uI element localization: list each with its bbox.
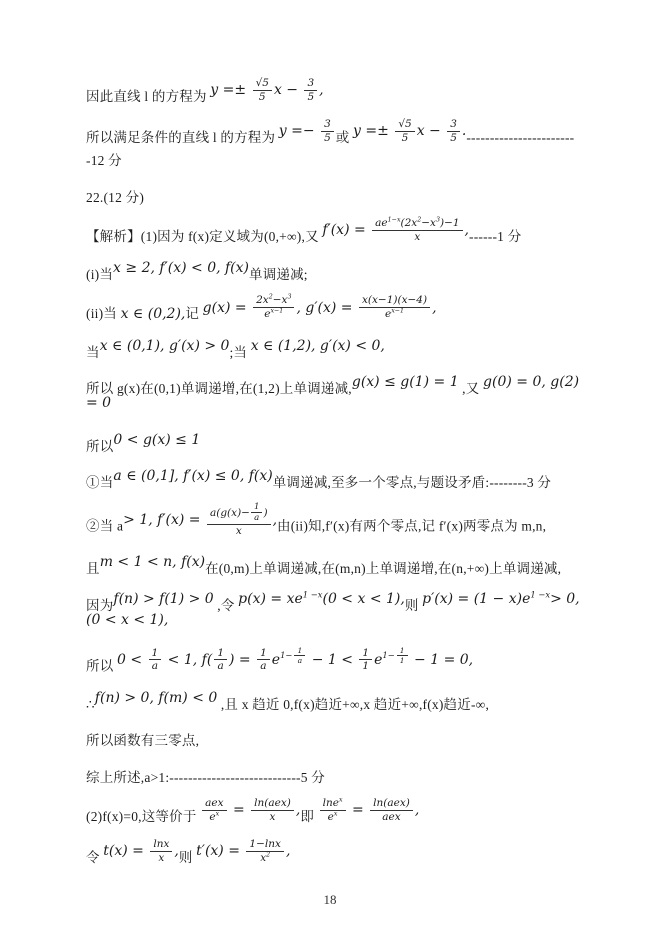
fraction-denominator: x [207, 524, 271, 538]
fraction-numerator: 1 [359, 647, 372, 660]
text-run: (i)当 [86, 267, 113, 282]
text-run: 即 [300, 809, 317, 824]
text-run: 因为 [86, 598, 113, 613]
fraction: 1a [257, 647, 270, 673]
fraction: 2x2−x3ex−1 [253, 294, 294, 320]
document-line: 所以0 < g(x) ≤ 1 [86, 437, 586, 458]
fraction-denominator: x [251, 810, 294, 824]
text-run: 单调递减,至多一个零点,与题设矛盾:--------3 分 [273, 475, 551, 490]
fraction-denominator: x [150, 851, 172, 865]
math-run: 0 < g(x) ≤ 1 [113, 432, 200, 448]
text-run: ∴ [86, 697, 95, 712]
document-line: ②当 a> 1, f′(x) = a(g(x)−1a)x,由(ii)知,f′(x… [86, 509, 586, 544]
math-run: y =± √55x − 35. [353, 123, 466, 139]
fraction-denominator: a [294, 655, 305, 665]
superscript: 1−x [388, 216, 401, 223]
document-line: 综上所述,a>1:----------------------------5 分 [86, 768, 586, 789]
math-run: x ∈ (1,2), g′(x) < 0, [251, 338, 385, 354]
fraction-denominator: x [372, 230, 462, 244]
fraction-denominator: ex−1 [359, 307, 430, 321]
fraction: aexex [202, 797, 226, 823]
fraction: lnxx [150, 838, 172, 864]
fraction-denominator: 1 [397, 655, 408, 665]
fraction: 1a [251, 502, 262, 524]
fraction-denominator: 5 [253, 90, 272, 104]
document-line: 令 t(x) = lnxx,则 t′(x) = 1−lnxx2, [86, 845, 586, 871]
text-run: 【解析】(1)因为 f(x)定义域为(0,+∞),又 [86, 229, 322, 244]
math-run: p(x) = xe1 −x(0 < x < 1), [238, 591, 405, 607]
fraction: a(g(x)−1a)x [207, 502, 271, 537]
math-run: x ∈ (0,2), [121, 307, 186, 323]
fraction: 11 [359, 647, 372, 673]
superscript: x [216, 810, 220, 817]
fraction-denominator: x2 [246, 851, 284, 865]
document-line: (2)f(x)=0,这等价于 aexex = ln(aex)x,即 lnexex… [86, 804, 586, 830]
fraction: x(x−1)(x−4)ex−1 [359, 294, 430, 320]
math-run: > 1, f′(x) = a(g(x)−1a)x, [123, 512, 277, 528]
fraction: lnexex [320, 797, 346, 823]
fraction-numerator: 1 [397, 646, 408, 655]
text-run: 综上所述,a>1:----------------------------5 分 [86, 770, 325, 785]
document-line: 因此直线 l 的方程为 y =± √55x − 35, [86, 84, 586, 110]
fraction-denominator: a [149, 659, 162, 673]
text-run: 单调递减; [249, 267, 308, 282]
text-run: (ii)当 [86, 307, 121, 322]
fraction-denominator: 5 [395, 131, 414, 145]
document-line: 因为f(n) > f(1) > 0 ,令 p(x) = xe1 −x(0 < x… [86, 596, 586, 639]
fraction: 35 [304, 77, 317, 103]
fraction-numerator: 2x2−x3 [253, 294, 294, 307]
math-run: f(n) > 0, f(m) < 0 [95, 690, 217, 706]
fraction-numerator: ln(aex) [370, 797, 413, 810]
solution-content: 因此直线 l 的方程为 y =± √55x − 35,所以满足条件的直线 l 的… [86, 84, 586, 886]
fraction-numerator: ln(aex) [251, 797, 294, 810]
fraction-denominator: ex−1 [253, 307, 294, 321]
math-run: 0 < 1a < 1, f(1a) = 1ae1−1a − 1 < 11e1−1… [117, 652, 473, 668]
superscript: 2 [266, 851, 270, 858]
fraction-numerator: √5 [395, 118, 414, 131]
superscript: 1 −x [303, 589, 323, 599]
text-run: 因此直线 l 的方程为 [86, 89, 210, 104]
fraction-numerator: 1 [294, 646, 305, 655]
math-run: t′(x) = 1−lnxx2, [196, 843, 290, 859]
text-run: 由(ii)知,f′(x)有两个零点,记 f′(x)两零点为 m,n, [277, 519, 546, 534]
math-run: lnexex = ln(aex)aex, [318, 802, 420, 818]
fraction: ae1−x(2x2−x3)−1x [372, 217, 462, 243]
document-line: 所以满足条件的直线 l 的方程为 y =− 35或 y =± √55x − 35… [86, 125, 586, 172]
fraction-denominator: a [257, 659, 270, 673]
document-line: 所以函数有三零点, [86, 731, 586, 752]
math-run: aexex = ln(aex)x, [200, 802, 300, 818]
document-line: 所以 g(x)在(0,1)单调递增,在(1,2)上单调递减,g(x) ≤ g(1… [86, 379, 586, 422]
text-run: ①当 [86, 475, 113, 490]
math-run: m < 1 < n, f(x) [100, 554, 205, 570]
text-run: (2)f(x)=0,这等价于 [86, 809, 200, 824]
fraction: √55 [395, 118, 414, 144]
superscript: 1−1a [280, 650, 307, 660]
fraction-numerator: aex [202, 797, 226, 810]
fraction-numerator: lnx [150, 838, 172, 851]
text-run: ,且 x 趋近 0,f(x)趋近+∞,x 趋近+∞,f(x)趋近-∞, [217, 697, 489, 712]
text-run: 所以 [86, 659, 117, 674]
superscript: 1−11 [382, 650, 409, 660]
text-run: 且 [86, 561, 100, 576]
fraction-denominator: ex [320, 810, 346, 824]
text-run: ------1 分 [469, 229, 521, 244]
fraction-denominator: a [214, 659, 227, 673]
fraction-numerator: √5 [253, 77, 272, 90]
superscript: x [334, 810, 338, 817]
fraction-denominator: a [251, 512, 262, 523]
fraction-numerator: 1 [257, 647, 270, 660]
fraction-denominator: aex [370, 810, 413, 824]
superscript: 3 [287, 294, 291, 301]
fraction-numerator: a(g(x)−1a) [207, 502, 271, 524]
math-run: a ∈ (0,1], f′(x) ≤ 0, f(x) [113, 468, 272, 484]
text-run: 在(0,m)上单调递减,在(m,n)上单调递增,在(n,+∞)上单调递减, [205, 561, 561, 576]
fraction-denominator: 5 [321, 131, 334, 145]
fraction-numerator: 3 [321, 118, 334, 131]
math-run: f(n) > f(1) > 0 [113, 591, 213, 607]
math-run: x ∈ (0,1), g′(x) > 0 [100, 338, 230, 354]
fraction: 11 [397, 646, 408, 665]
document-line: 当x ∈ (0,1), g′(x) > 0;当 x ∈ (1,2), g′(x)… [86, 343, 586, 364]
math-run: t(x) = lnxx, [103, 843, 179, 859]
fraction: ln(aex)x [251, 797, 294, 823]
fraction: ln(aex)aex [370, 797, 413, 823]
superscript: 3 [436, 216, 440, 223]
fraction-numerator: 1−lnx [246, 838, 284, 851]
superscript: x−1 [270, 308, 283, 315]
fraction-denominator: 5 [447, 131, 460, 145]
document-line: 【解析】(1)因为 f(x)定义域为(0,+∞),又 f′(x) = ae1−x… [86, 224, 586, 250]
superscript: x−1 [391, 308, 404, 315]
superscript: 1 −x [530, 589, 550, 599]
fraction: 35 [321, 118, 334, 144]
text-run: 则 [405, 598, 422, 613]
superscript: 2 [417, 216, 421, 223]
fraction: 35 [447, 118, 460, 144]
text-run: 则 [179, 850, 196, 865]
fraction: 1−lnxx2 [246, 838, 284, 864]
fraction: √55 [253, 77, 272, 103]
superscript: 2 [269, 294, 273, 301]
text-run: 当 [86, 345, 100, 360]
text-run: ②当 a [86, 519, 123, 534]
fraction-numerator: 3 [447, 118, 460, 131]
document-line: ①当a ∈ (0,1], f′(x) ≤ 0, f(x)单调递减,至多一个零点,… [86, 473, 586, 494]
document-line: 22.(12 分) [86, 188, 586, 209]
text-run: 令 [86, 850, 103, 865]
text-run: 所以满足条件的直线 l 的方程为 [86, 130, 279, 145]
fraction-numerator: 1 [251, 502, 262, 512]
fraction: 1a [149, 647, 162, 673]
math-run: y =− 35 [279, 123, 336, 139]
text-run: ,又 [459, 381, 483, 396]
fraction-denominator: 1 [359, 659, 372, 673]
math-run: g(x) = 2x2−x3ex−1, g′(x) = x(x−1)(x−4)ex… [203, 300, 437, 316]
document-line: (ii)当 x ∈ (0,2),记 g(x) = 2x2−x3ex−1, g′(… [86, 301, 586, 327]
document-page: 因此直线 l 的方程为 y =± √55x − 35,所以满足条件的直线 l 的… [0, 0, 660, 934]
fraction-numerator: lnex [320, 797, 346, 810]
fraction-numerator: 3 [304, 77, 317, 90]
text-run: 记 [185, 307, 202, 322]
fraction: 1a [214, 647, 227, 673]
math-run: g(x) ≤ g(1) = 1 [352, 374, 459, 390]
text-run: 或 [336, 130, 353, 145]
fraction-numerator: 1 [214, 647, 227, 660]
math-run: x ≥ 2, f′(x) < 0, f(x) [113, 260, 249, 276]
fraction-numerator: ae1−x(2x2−x3)−1 [372, 217, 462, 230]
document-line: ∴f(n) > 0, f(m) < 0 ,且 x 趋近 0,f(x)趋近+∞,x… [86, 695, 586, 716]
text-run: 22.(12 分) [86, 190, 144, 205]
text-run: 所以函数有三零点, [86, 733, 199, 748]
fraction-denominator: 5 [304, 90, 317, 104]
document-line: 且m < 1 < n, f(x)在(0,m)上单调递减,在(m,n)上单调递增,… [86, 559, 586, 580]
text-run: 所以 [86, 439, 113, 454]
text-run: 所以 g(x)在(0,1)单调递增,在(1,2)上单调递减, [86, 381, 352, 396]
fraction-numerator: x(x−1)(x−4) [359, 294, 430, 307]
text-run: ,令 [214, 598, 238, 613]
fraction-denominator: ex [202, 810, 226, 824]
superscript: x [339, 796, 343, 803]
document-line: (i)当x ≥ 2, f′(x) < 0, f(x)单调递减; [86, 265, 586, 286]
page-number: 18 [0, 892, 660, 908]
fraction: 1a [294, 646, 305, 665]
document-line: 所以 0 < 1a < 1, f(1a) = 1ae1−1a − 1 < 11e… [86, 653, 586, 680]
math-run: y =± √55x − 35, [210, 82, 323, 98]
fraction-numerator: 1 [149, 647, 162, 660]
text-run: ;当 [229, 345, 250, 360]
math-run: f′(x) = ae1−x(2x2−x3)−1x, [322, 222, 469, 238]
